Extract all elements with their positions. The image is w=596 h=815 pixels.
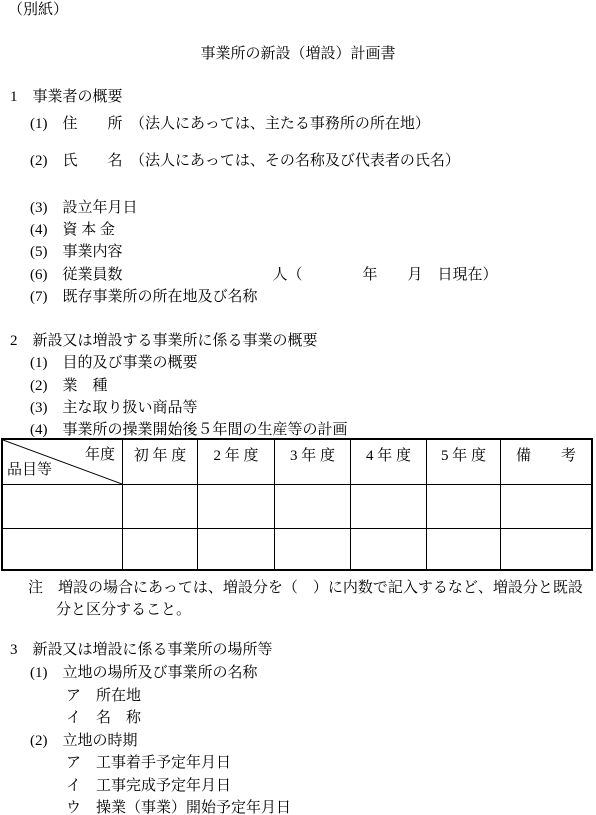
table-note-line1: 注 増設の場合にあっては、増設分を（ ）に内数で記入するなど、増設分と既設 [28, 580, 583, 596]
table-header-remarks: 備 考 [501, 440, 591, 485]
table-header-year4: 4 年 度 [351, 440, 427, 485]
table-cell [3, 529, 123, 569]
section3-sub-name: イ 名 称 [66, 710, 141, 726]
table-cell [275, 485, 351, 529]
table-cell [351, 529, 427, 569]
section3-heading: 3 新設又は増設に係る事業所の場所等 [10, 642, 273, 658]
section1-item-founded-date: (3) 設立年月日 [30, 200, 138, 216]
table-cell [427, 529, 501, 569]
document-page: （別紙） 事業所の新設（増設）計画書 1 事業者の概要 (1) 住 所 （法人に… [0, 0, 596, 815]
table-note-line2: 分と区分すること。 [56, 602, 191, 618]
table-cell [427, 485, 501, 529]
section1-item-capital: (4) 資 本 金 [30, 222, 115, 238]
section3-item-timing: (2) 立地の時期 [30, 733, 138, 749]
section2-item-industry: (2) 業 種 [30, 378, 108, 394]
table-corner-cell: 年度 品目等 [3, 440, 123, 485]
section2-item-products: (3) 主な取り扱い商品等 [30, 400, 198, 416]
section1-item-existing-offices: (7) 既存事業所の所在地及び名称 [30, 289, 258, 305]
table-cell [501, 485, 591, 529]
table-cell [198, 529, 275, 569]
table-header-year2: 2 年 度 [198, 440, 275, 485]
table-cell [123, 529, 198, 569]
section3-item-location-name: (1) 立地の場所及び事業所の名称 [30, 665, 258, 681]
section1-item-employees: (6) 従業員数 人（ 年 月 日現在） [30, 267, 498, 283]
section1-item-address: (1) 住 所 （法人にあっては、主たる事務所の所在地） [30, 116, 430, 132]
production-plan-table: 年度 品目等 初 年 度 2 年 度 3 年 度 4 年 度 5 年 度 備 考 [1, 438, 593, 571]
page-title: 事業所の新設（増設）計画書 [0, 46, 596, 62]
table-header-year1: 初 年 度 [123, 440, 198, 485]
section3-sub-address: ア 所在地 [66, 688, 141, 704]
section3-sub-construction-complete: イ 工事完成予定年月日 [66, 778, 231, 794]
section3-sub-operation-start: ウ 操業（事業）開始予定年月日 [66, 800, 291, 815]
corner-label-year: 年度 [85, 443, 115, 464]
section2-heading: 2 新設又は増設する事業所に係る事業の概要 [10, 333, 318, 349]
corner-label-item: 品目等 [7, 458, 52, 479]
table-cell [198, 485, 275, 529]
section1-heading: 1 事業者の概要 [10, 89, 123, 105]
table-cell [123, 485, 198, 529]
section3-sub-construction-start: ア 工事着手予定年月日 [66, 755, 231, 771]
table-cell [275, 529, 351, 569]
table-header-year5: 5 年 度 [427, 440, 501, 485]
table-cell [351, 485, 427, 529]
section2-item-production-plan: (4) 事業所の操業開始後５年間の生産等の計画 [30, 422, 348, 438]
attachment-label: （別紙） [8, 2, 68, 18]
table-cell [501, 529, 591, 569]
section1-item-name: (2) 氏 名 （法人にあっては、その名称及び代表者の氏名） [30, 153, 460, 169]
table-header-year3: 3 年 度 [275, 440, 351, 485]
table-cell [3, 485, 123, 529]
section1-item-business-content: (5) 事業内容 [30, 244, 123, 260]
section2-item-purpose: (1) 目的及び事業の概要 [30, 355, 198, 371]
